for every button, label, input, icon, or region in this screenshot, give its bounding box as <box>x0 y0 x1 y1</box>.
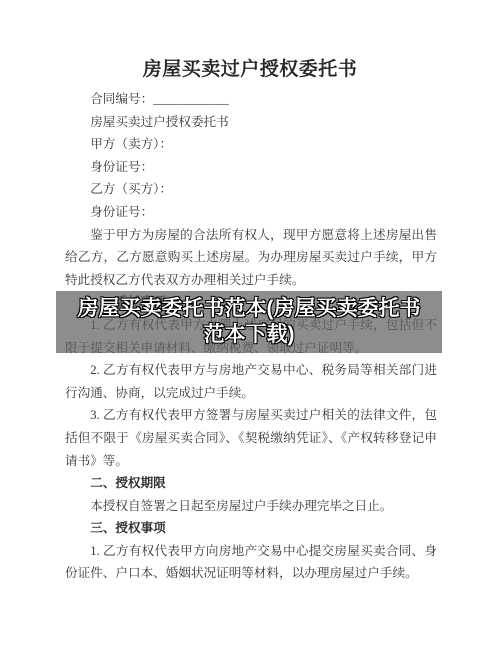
doc-paragraph: 合同编号：____________ <box>65 88 437 111</box>
watermark-text-line1: 房屋买卖委托书范本(房屋买卖委托书 <box>78 296 421 322</box>
doc-paragraph: 鉴于甲方为房屋的合法所有权人，现甲方愿意将上述房屋出售给乙方，乙方愿意购买上述房… <box>65 224 437 292</box>
doc-paragraph: 身份证号： <box>65 201 437 224</box>
doc-paragraph: 房屋买卖过户授权委托书 <box>65 111 437 134</box>
watermark-banner: 房屋买卖委托书范本(房屋买卖委托书 范本下载) <box>56 291 442 353</box>
doc-paragraph: 本授权自签署之日起至房屋过户手续办理完毕之日止。 <box>65 495 437 518</box>
doc-paragraph: 2. 乙方有权代表甲方与房地产交易中心、税务局等相关部门进行沟通、协商，以完成过… <box>65 359 437 404</box>
doc-paragraph: 1. 乙方有权代表甲方向房地产交易中心提交房屋买卖合同、身份证件、户口本、婚姻状… <box>65 540 437 585</box>
doc-paragraph: 乙方（买方）： <box>65 178 437 201</box>
document-page: 房屋买卖过户授权委托书 合同编号：____________房屋买卖过户授权委托书… <box>0 0 500 647</box>
doc-paragraph: 身份证号： <box>65 156 437 179</box>
watermark-text-line2: 范本下载) <box>204 322 295 348</box>
doc-section-heading: 二、授权期限 <box>65 472 437 495</box>
document-title: 房屋买卖过户授权委托书 <box>0 54 500 81</box>
doc-section-heading: 三、授权事项 <box>65 517 437 540</box>
doc-paragraph: 甲方（卖方）： <box>65 133 437 156</box>
doc-paragraph: 3. 乙方有权代表甲方签署与房屋买卖过户相关的法律文件，包括但不限于《房屋买卖合… <box>65 404 437 472</box>
